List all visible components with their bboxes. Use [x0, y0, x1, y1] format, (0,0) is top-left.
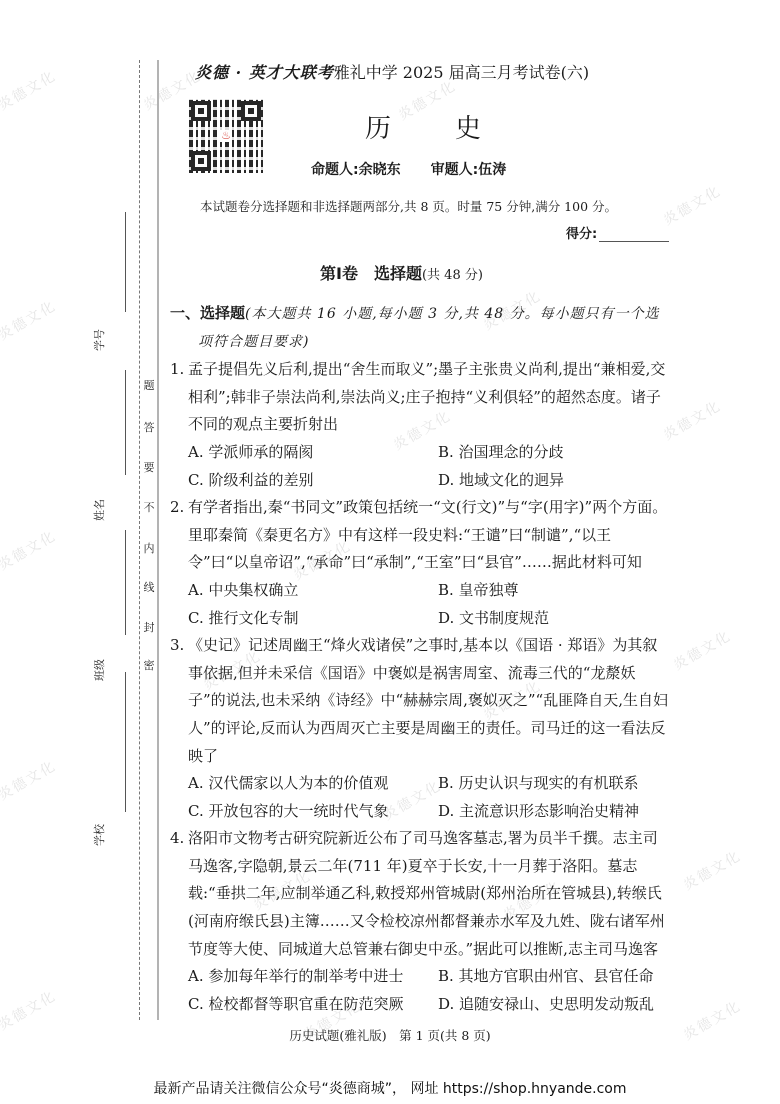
option-d[interactable]: D. 文书制度规范: [438, 605, 688, 633]
watermark: 炎德文化: [0, 65, 60, 114]
exam-instructions: 本试题卷分选择题和非选择题两部分,共 8 页。时量 75 分钟,满分 100 分…: [200, 197, 617, 215]
watermark: 炎德文化: [679, 845, 744, 894]
option-b[interactable]: B. 历史认识与现实的有机联系: [438, 770, 688, 798]
seal-char: 答: [141, 422, 157, 434]
question-stem: 孟子提倡先义后利,提出“舍生而取义”;墨子主张贵义尚利,提出“兼相爱,交相利”;…: [188, 360, 665, 433]
option-c[interactable]: C. 推行文化专制: [188, 605, 438, 633]
qr-finder-icon: [191, 151, 211, 171]
option-c[interactable]: C. 开放包容的大一统时代气象: [188, 798, 438, 826]
option-c[interactable]: C. 阶级利益的差别: [188, 467, 438, 495]
page-footer: 历史试题(雅礼版) 第 1 页(共 8 页): [0, 1026, 780, 1044]
options: A. 汉代儒家以人为本的价值观 B. 历史认识与现实的有机联系 C. 开放包容的…: [170, 770, 670, 825]
school-line[interactable]: [125, 672, 126, 812]
name-line[interactable]: [125, 370, 126, 475]
option-a[interactable]: A. 参加每年举行的制举考中进士: [188, 963, 438, 991]
option-d[interactable]: D. 追随安禄山、史思明发动叛乱: [438, 991, 688, 1019]
student-id-label: 学号: [92, 310, 152, 370]
watermark: 炎德文化: [669, 625, 734, 674]
qr-finder-icon: [241, 101, 261, 121]
part-heading: 一、选择题(本大题共 16 小题,每小题 3 分,共 48 分。每小题只有一个选…: [170, 300, 670, 356]
seal-char: 封: [141, 622, 157, 634]
options: A. 中央集权确立 B. 皇帝独尊 C. 推行文化专制 D. 文书制度规范: [170, 577, 670, 632]
exam-title: 雅礼中学 2025 届高三月考试卷(六): [334, 63, 589, 82]
option-a[interactable]: A. 学派师承的隔阂: [188, 439, 438, 467]
student-id-line[interactable]: [125, 212, 126, 312]
option-a[interactable]: A. 中央集权确立: [188, 577, 438, 605]
flame-logo-icon: ♨: [220, 130, 232, 142]
promo-banner[interactable]: 最新产品请关注微信公众号“炎德商城”， 网址 https://shop.hnya…: [0, 1078, 780, 1098]
options: A. 学派师承的隔阂 B. 治国理念的分歧 C. 阶级利益的差别 D. 地域文化…: [170, 439, 670, 494]
question-stem: 《史记》记述周幽王“烽火戏诸侯”之事时,基本以《国语 · 郑语》为其叙事依据,但…: [188, 636, 668, 764]
seal-char: 要: [141, 462, 157, 474]
school-label: 学校: [92, 805, 152, 865]
option-b[interactable]: B. 治国理念的分歧: [438, 439, 688, 467]
exam-header: 炎德 · 英才大联考雅礼中学 2025 届高三月考试卷(六): [195, 60, 665, 83]
option-b[interactable]: B. 皇帝独尊: [438, 577, 688, 605]
score-label: 得分:: [566, 227, 597, 242]
score-field: 得分:: [566, 223, 669, 242]
reviewer: 审题人:伍涛: [431, 162, 507, 178]
watermark: 炎德文化: [0, 525, 60, 574]
brand-name: 炎德 · 英才大联考: [195, 63, 334, 82]
question-stem: 有学者指出,秦“书同文”政策包括统一“文(行文)”与“字(用字)”两个方面。里耶…: [188, 498, 667, 571]
option-d[interactable]: D. 主流意识形态影响治史精神: [438, 798, 688, 826]
option-a[interactable]: A. 汉代儒家以人为本的价值观: [188, 770, 438, 798]
question-1: 1.孟子提倡先义后利,提出“舍生而取义”;墨子主张贵义尚利,提出“兼相爱,交相利…: [170, 356, 670, 494]
seal-char: 线: [141, 582, 157, 594]
option-d[interactable]: D. 地域文化的迥异: [438, 467, 688, 495]
name-label: 姓名: [92, 480, 152, 540]
question-3: 3.《史记》记述周幽王“烽火戏诸侯”之事时,基本以《国语 · 郑语》为其叙事依据…: [170, 632, 670, 825]
watermark: 炎德文化: [0, 755, 60, 804]
margin-rule: [157, 60, 159, 1020]
seal-char: 题: [141, 380, 157, 392]
score-input-line[interactable]: [599, 228, 669, 242]
subject-title: 历史: [365, 108, 483, 145]
seal-line-dotted: [139, 60, 140, 1020]
qr-code-icon[interactable]: ♨: [189, 99, 263, 173]
question-4: 4.洛阳市文物考古研究院新近公布了司马逸客墓志,署为员半千撰。志主司马逸客,字隐…: [170, 825, 670, 1018]
seal-char: 内: [141, 543, 157, 555]
question-stem: 洛阳市文物考古研究院新近公布了司马逸客墓志,署为员半千撰。志主司马逸客,字隐朝,…: [188, 829, 665, 957]
question-content: 一、选择题(本大题共 16 小题,每小题 3 分,共 48 分。每小题只有一个选…: [170, 300, 670, 1018]
setter: 命题人:余晓东: [311, 162, 401, 178]
option-b[interactable]: B. 其地方官职由州官、县官任命: [438, 963, 688, 991]
watermark: 炎德文化: [0, 295, 60, 344]
class-label: 班级: [92, 640, 152, 700]
class-line[interactable]: [125, 530, 126, 635]
options: A. 参加每年举行的制举考中进士 B. 其地方官职由州官、县官任命 C. 检校都…: [170, 963, 670, 1018]
qr-finder-icon: [191, 101, 211, 121]
authors: 命题人:余晓东审题人:伍涛: [311, 159, 506, 179]
section-title: 第Ⅰ卷 选择题(共 48 分): [320, 261, 483, 284]
option-c[interactable]: C. 检校都督等职官重在防范突厥: [188, 991, 438, 1019]
question-2: 2.有学者指出,秦“书同文”政策包括统一“文(行文)”与“字(用字)”两个方面。…: [170, 494, 670, 632]
